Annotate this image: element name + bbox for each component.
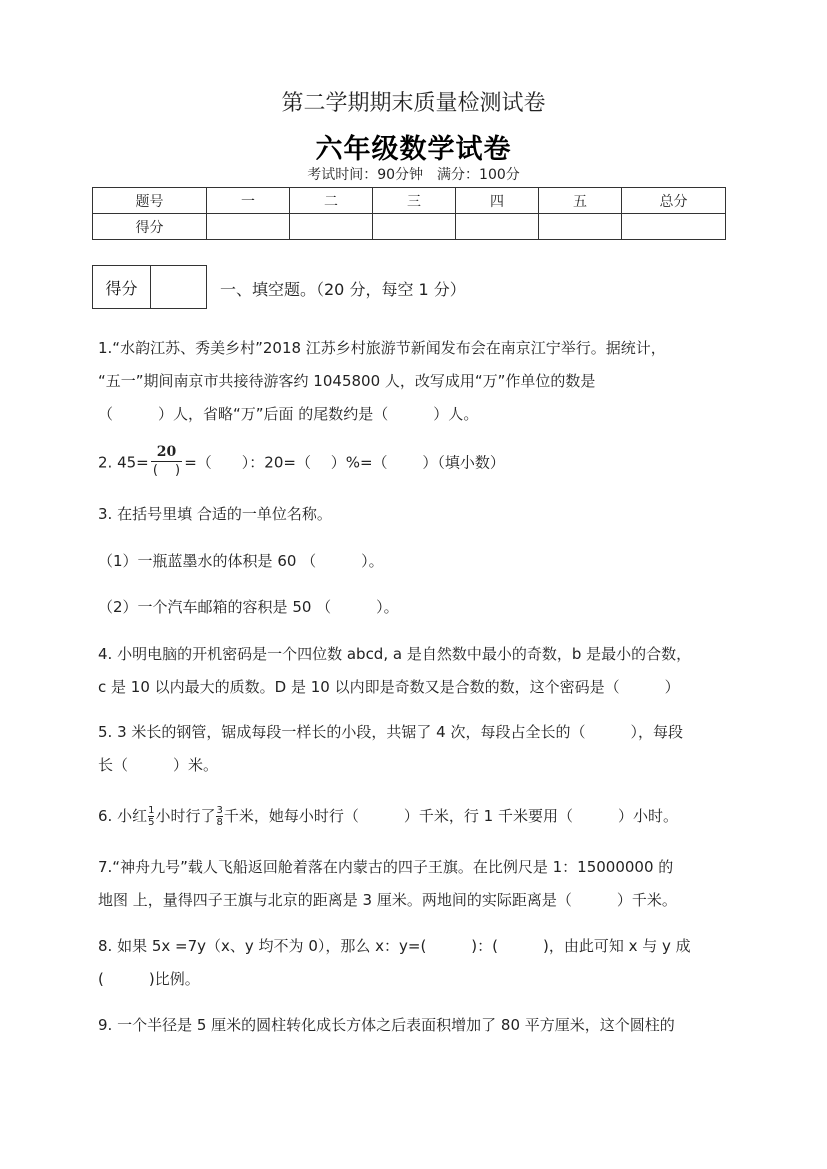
section-score-label: 得分	[93, 266, 151, 308]
score-cell[interactable]	[539, 214, 622, 240]
question-2: 2. 45=20( )=（ ）：20=（ ）%=（ ）（填小数）	[98, 447, 730, 479]
score-header-cell: 一	[207, 188, 290, 214]
section-score-field[interactable]	[151, 266, 206, 308]
score-cell[interactable]	[207, 214, 290, 240]
score-header-cell: 题号	[93, 188, 207, 214]
question-3-sub-1: （1）一瓶蓝墨水的体积是 60 （ ）。	[98, 546, 730, 576]
question-1-line-2: “五一”期间南京市共接待游客约 1045800 人，改写成用“万”作单位的数是	[98, 366, 730, 396]
question-8: 8. 如果 5x =7y（x、y 均不为 0），那么 x：y=( )：( )，由…	[98, 931, 730, 994]
question-3-stem: 3. 在括号里填 合适的一单位名称。	[98, 499, 730, 529]
question-1-line-1: 1.“水韵江苏、秀美乡村”2018 江苏乡村旅游节新闻发布会在南京江宁举行。据统…	[98, 333, 730, 363]
exam-subtitle: 第二学期期末质量检测试卷	[0, 86, 827, 117]
score-cell[interactable]	[290, 214, 373, 240]
question-6-prefix: 6. 小红	[98, 807, 147, 825]
score-table-header-row: 题号 一 二 三 四 五 总分	[93, 188, 726, 214]
question-4-line-1: 4. 小明电脑的开机密码是一个四位数 abcd, a 是自然数中最小的奇数，b …	[98, 639, 730, 669]
question-4: 4. 小明电脑的开机密码是一个四位数 abcd, a 是自然数中最小的奇数，b …	[98, 639, 730, 702]
question-2-prefix: 2. 45=	[98, 454, 149, 472]
score-header-cell: 三	[373, 188, 456, 214]
question-5: 5. 3 米长的钢管，锯成每段一样长的小段，共锯了 4 次，每段占全长的（ ），…	[98, 717, 730, 780]
score-cell[interactable]	[373, 214, 456, 240]
question-1: 1.“水韵江苏、秀美乡村”2018 江苏乡村旅游节新闻发布会在南京江宁举行。据统…	[98, 333, 730, 429]
fraction-denominator: 8	[216, 816, 222, 828]
question-8-line-1: 8. 如果 5x =7y（x、y 均不为 0），那么 x：y=( )：( )，由…	[98, 931, 730, 961]
score-cell-total[interactable]	[622, 214, 726, 240]
question-4-line-2: c 是 10 以内最大的质数。D 是 10 以内即是奇数又是合数的数，这个密码是…	[98, 672, 730, 702]
full-score: 满分：100分	[437, 167, 520, 183]
exam-time: 考试时间：90分钟	[307, 167, 423, 183]
section-title-fill-in: 一、填空题。（20 分，每空 1 分）	[220, 277, 466, 300]
score-header-cell: 五	[539, 188, 622, 214]
score-header-cell: 总分	[622, 188, 726, 214]
question-5-line-2: 长（ ）米。	[98, 750, 730, 780]
question-7-line-2: 地图 上，量得四子王旗与北京的距离是 3 厘米。两地间的实际距离是（ ）千米。	[98, 885, 730, 915]
question-7: 7.“神舟九号”载人飞船返回舱着落在内蒙古的四子王旗。在比例尺是 1：15000…	[98, 852, 730, 915]
question-5-line-1: 5. 3 米长的钢管，锯成每段一样长的小段，共锯了 4 次，每段占全长的（ ），…	[98, 717, 730, 747]
question-8-line-2: ( )比例。	[98, 964, 730, 994]
question-6-suffix: 千米，她每小时行（ ）千米，行 1 千米要用（ ）小时。	[224, 807, 678, 825]
fraction-numerator: 20	[151, 445, 182, 462]
question-2-suffix: =（ ）：20=（ ）%=（ ）（填小数）	[184, 454, 505, 472]
exam-title: 六年级数学试卷	[0, 127, 827, 166]
score-header-cell: 二	[290, 188, 373, 214]
question-6-fraction-1: 15	[148, 806, 154, 828]
score-table: 题号 一 二 三 四 五 总分 得分	[92, 187, 726, 240]
fraction-denominator: 5	[148, 816, 154, 828]
fraction-numerator: 1	[148, 806, 154, 816]
score-table-score-row: 得分	[93, 214, 726, 240]
question-6-fraction-2: 38	[216, 806, 222, 828]
question-2-fraction: 20( )	[151, 445, 182, 477]
score-header-cell: 四	[456, 188, 539, 214]
question-6-middle: 小时行了	[155, 807, 215, 825]
question-9-line-1: 9. 一个半径是 5 厘米的圆柱转化成长方体之后表面积增加了 80 平方厘米，这…	[98, 1010, 730, 1040]
fraction-numerator: 3	[216, 806, 222, 816]
question-9: 9. 一个半径是 5 厘米的圆柱转化成长方体之后表面积增加了 80 平方厘米，这…	[98, 1010, 730, 1040]
section-score-box: 得分	[92, 265, 207, 309]
score-cell[interactable]	[456, 214, 539, 240]
question-3-sub-2: （2）一个汽车邮箱的容积是 50 （ ）。	[98, 592, 730, 622]
exam-meta: 考试时间：90分钟满分：100分	[0, 164, 827, 184]
score-row-label: 得分	[93, 214, 207, 240]
question-6: 6. 小红15小时行了38千米，她每小时行（ ）千米，行 1 千米要用（ ）小时…	[98, 801, 730, 831]
question-1-line-3: （ ）人，省略“万”后面 的尾数约是（ ）人。	[98, 399, 730, 429]
fraction-denominator: ( )	[153, 462, 180, 477]
question-7-line-1: 7.“神舟九号”载人飞船返回舱着落在内蒙古的四子王旗。在比例尺是 1：15000…	[98, 852, 730, 882]
